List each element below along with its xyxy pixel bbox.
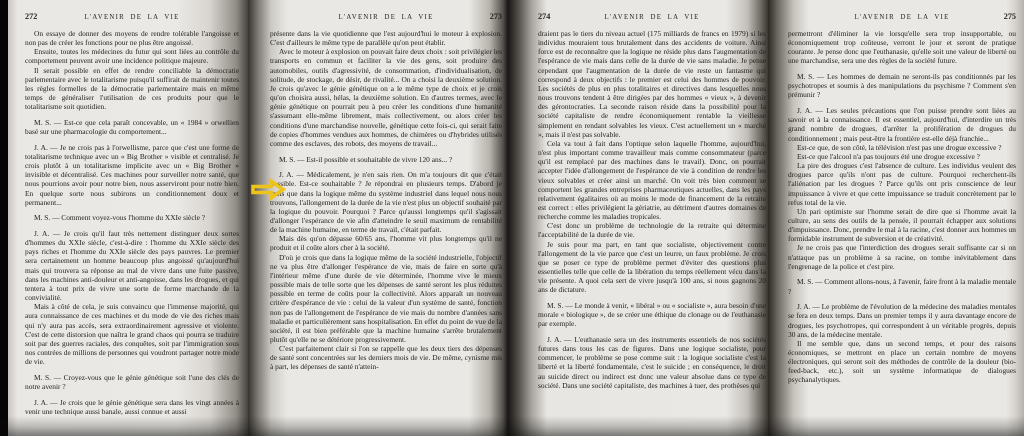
page-text-column: On essaye de donner des moyens de rendre… [25,29,239,416]
page-number: 274 [538,12,568,21]
page-text-column: permettront d'éliminer la vie lorsqu'ell… [788,29,1016,385]
dialog-paragraph: J. A. — Le problème de l'évolution de la… [788,302,1016,339]
running-title: L'AVENIR DE LA VIE [568,14,736,21]
page-text-column: draient pas le tiers du niveau actuel (1… [538,29,766,390]
page-number: 272 [25,12,55,21]
dialog-paragraph: M. S. — Comment voyez-vous l'homme du XX… [25,213,239,222]
paragraph: draient pas le tiers du niveau actuel (1… [538,29,766,139]
running-title: L'AVENIR DE LA VIE [300,14,472,21]
page-number: 273 [472,12,502,21]
paragraph: présente dans la vie quotidienne que l'e… [270,29,502,47]
paragraph: Il me semble que, dans un second temps, … [788,339,1016,385]
paragraph: C'est parfaitement clair si l'on se rapp… [270,344,502,371]
paragraph: Un pari optimiste sur l'homme serait de … [788,207,1016,244]
paragraph: D'où je crois que dans la logique même d… [270,253,502,345]
dialog-paragraph: M. S. — Est-il possible et souhaitable d… [270,155,502,164]
paragraph: Est-ce que, de son côté, la télévision n… [788,143,1016,152]
paragraph: Mais dès qu'on dépasse 60/65 ans, l'homm… [270,234,502,252]
paragraph: On essaye de donner des moyens de rendre… [25,29,239,47]
page-272: 272 L'AVENIR DE LA VIE On essaye de donn… [8,0,248,436]
paragraph: Avec le moteur à explosion on pouvait fa… [270,47,502,148]
page-273: L'AVENIR DE LA VIE 273 présente dans la … [248,0,508,436]
page-number: 275 [986,12,1016,21]
paragraph: Je suis pour ma part, en tant que social… [538,240,766,295]
page-text-column: présente dans la vie quotidienne que l'e… [270,29,502,372]
paragraph: Cela va tout à fait dans l'optique selon… [538,139,766,221]
dialog-paragraph: J. A. — L'euthanasie sera un des instrum… [538,335,766,390]
page-header: L'AVENIR DE LA VIE 273 [270,12,502,21]
paragraph: permettront d'éliminer la vie lorsqu'ell… [788,29,1016,66]
dialog-paragraph: J. A. — Je ne crois pas à l'orwellisme, … [25,143,239,207]
dialog-paragraph: M. S. — Le monde à venir, « libéral » ou… [538,301,766,328]
dialog-paragraph: J. A. — Les seules précautions que l'on … [788,106,1016,143]
running-title: L'AVENIR DE LA VIE [818,14,986,21]
paragraph: Il serait possible en effet de rendre co… [25,66,239,112]
dialog-paragraph: M. S. — Est-ce que cela paraît concevabl… [25,118,239,136]
page-274: 274 L'AVENIR DE LA VIE draient pas le ti… [508,0,768,436]
dialog-paragraph: J. A. — Médicalement, je n'en sais rien.… [270,170,502,234]
dialog-paragraph: J. A. — Je crois que le génie génétique … [25,398,239,416]
paragraph: Est-ce que l'alcool n'a pas toujours été… [788,152,1016,161]
paragraph: La pire des drogues c'est l'absence de c… [788,161,1016,207]
dialog-paragraph: M. S. — Comment allons-nous, à l'avenir,… [788,277,1016,295]
running-title: L'AVENIR DE LA VIE [55,14,209,21]
paragraph: Ensuite, toutes les médecines du futur q… [25,47,239,65]
paragraph: Je ne crois pas que l'interdiction des d… [788,243,1016,270]
page-275: L'AVENIR DE LA VIE 275 permettront d'éli… [768,0,1024,436]
dialog-paragraph: M. S. — Croyez-vous que le génie génétiq… [25,373,239,391]
paragraph: C'est donc un problème de technologie de… [538,221,766,239]
paragraph: Mais à côté de cela, je suis convaincu q… [25,302,239,366]
book-scan: 272 L'AVENIR DE LA VIE On essaye de donn… [0,0,1024,436]
page-header: 274 L'AVENIR DE LA VIE [538,12,766,21]
page-header: 272 L'AVENIR DE LA VIE [25,12,239,21]
dialog-paragraph: J. A. — Je crois qu'il faut très netteme… [25,229,239,302]
dialog-paragraph: M. S. — Les hommes de demain ne seront-i… [788,72,1016,99]
page-header: L'AVENIR DE LA VIE 275 [788,12,1016,21]
